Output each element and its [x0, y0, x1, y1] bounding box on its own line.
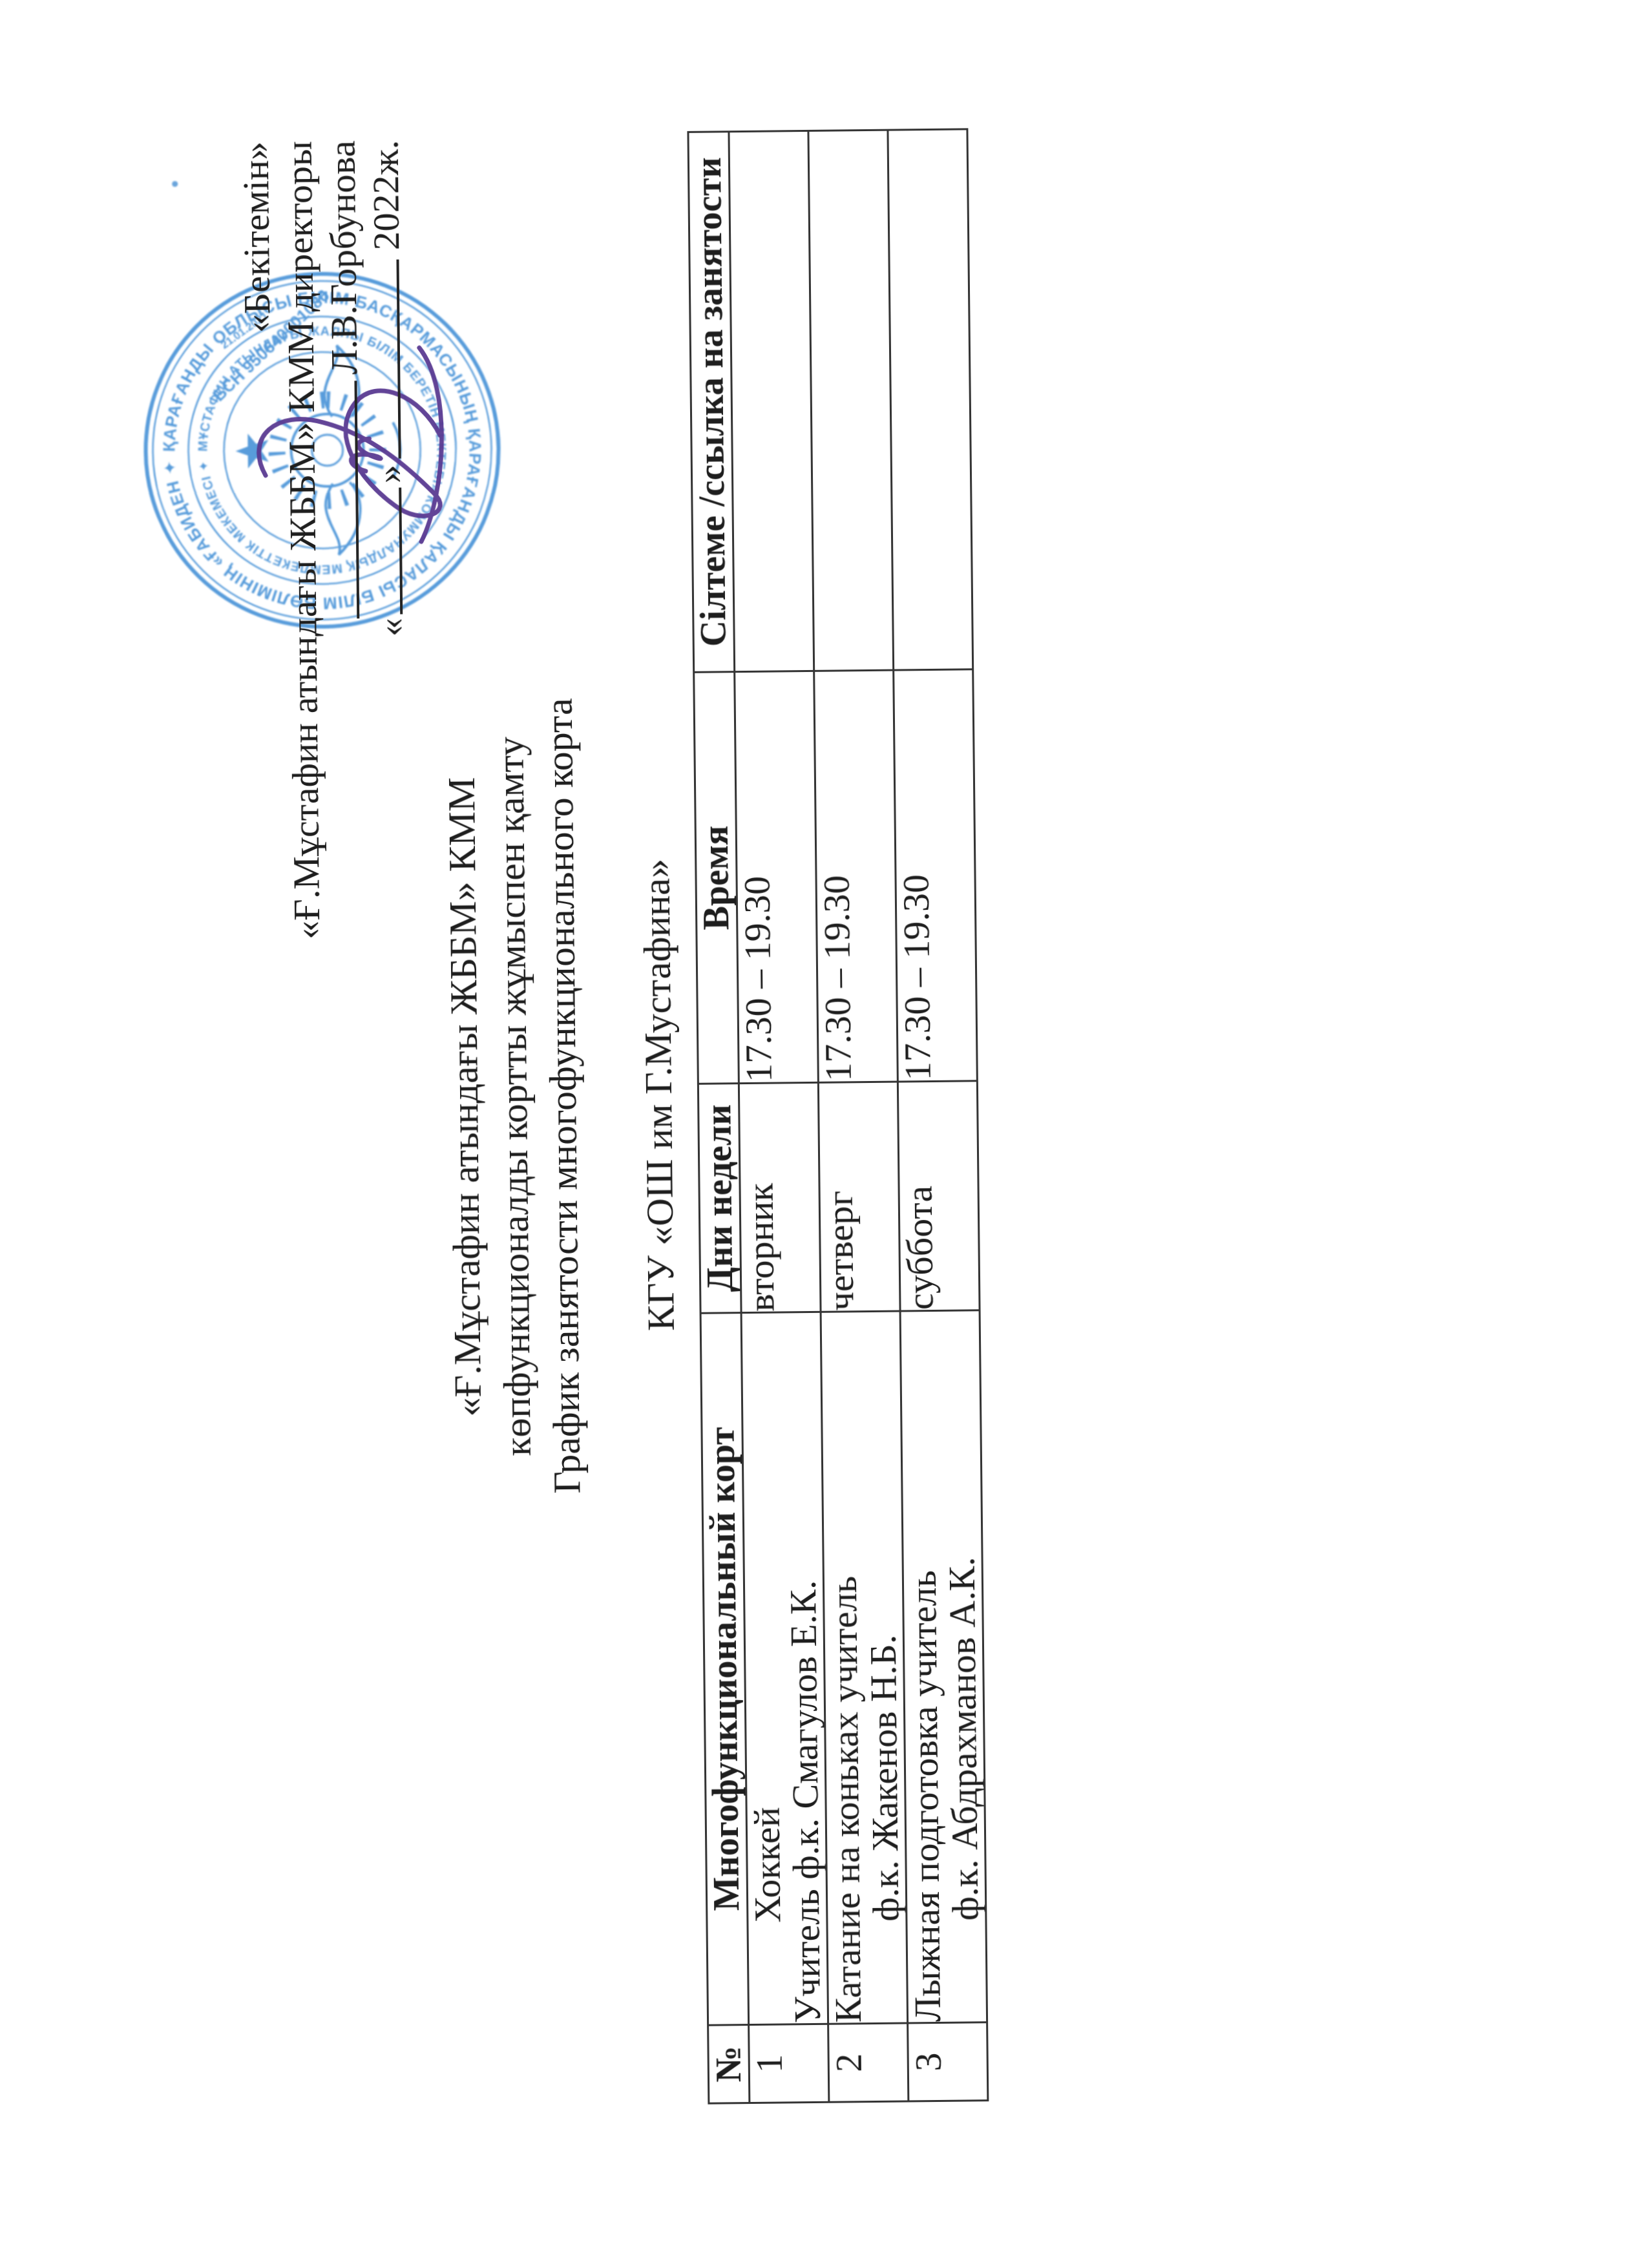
approval-line-date: «»2022ж. [364, 140, 415, 938]
printed-document: ҚАРАҒАНДЫ ОБЛЫСЫ БІЛІМ БАСҚАРМАСЫНЫҢ ҚАР… [0, 0, 1649, 2268]
approval-line-name: Л.В.Горбунова [320, 140, 372, 939]
open-quote: « [369, 618, 411, 637]
col-header-num: № [708, 2025, 750, 2104]
signature-blank-line [349, 381, 359, 618]
col-header-link: Сілтеме /ссылка на занятости [688, 132, 735, 673]
row-1-time: 17.30 – 19.30 [735, 671, 819, 1083]
row-3-day: суббота [898, 1081, 980, 1311]
row-2-day: четверг [818, 1082, 900, 1312]
row-3-num: 3 [908, 2022, 988, 2101]
row-3-link [888, 129, 973, 670]
row-3-activity: Лыжная подготовка учитель ф.к. Абдрахман… [900, 1310, 987, 2023]
activity-line-2: ф.к. Абдрахманов А.К. [940, 1311, 987, 2022]
scanned-page: { "page": {"background": "#ffffff", "ink… [0, 0, 1649, 2268]
row-1-num: 1 [749, 2024, 829, 2103]
year-label: 2022ж. [364, 140, 408, 250]
row-3-time: 17.30 – 19.30 [894, 669, 978, 1082]
col-header-court: Многофункциональный корт [700, 1313, 749, 2026]
schedule-table: № Многофункциональный корт Дни недели Вр… [687, 128, 989, 2104]
day-blank-line [394, 487, 403, 614]
row-1-activity: Хоккей Учитель ф.к. Смагулов Е.К. [741, 1312, 828, 2024]
row-2-num: 2 [828, 2023, 909, 2102]
row-2-link [808, 130, 894, 671]
director-name: Л.В.Горбунова [321, 140, 366, 375]
activity-line-2: Учитель ф.к. Смагулов Е.К. [781, 1313, 828, 2024]
col-header-time: Время [694, 672, 739, 1084]
col-header-days: Дни недели [698, 1084, 741, 1314]
row-1-day: вторник [739, 1082, 821, 1312]
title-line-4: КГУ «ОШ им Г.Мустафина» [622, 0, 695, 2197]
activity-line-2: ф.к. Жакенов Н.Б. [861, 1312, 907, 2023]
close-quote: » [368, 465, 410, 484]
row-2-time: 17.30 – 19.30 [814, 670, 898, 1082]
month-blank-line [391, 259, 401, 458]
row-2-activity: Катание на коньках учитель ф.к. Жакенов … [821, 1311, 908, 2024]
row-1-link [729, 131, 814, 671]
approval-block: «Бекітемін» «Ғ.Мұстафин атындағы ЖББМ» К… [234, 140, 415, 940]
ink-speck [172, 181, 178, 187]
